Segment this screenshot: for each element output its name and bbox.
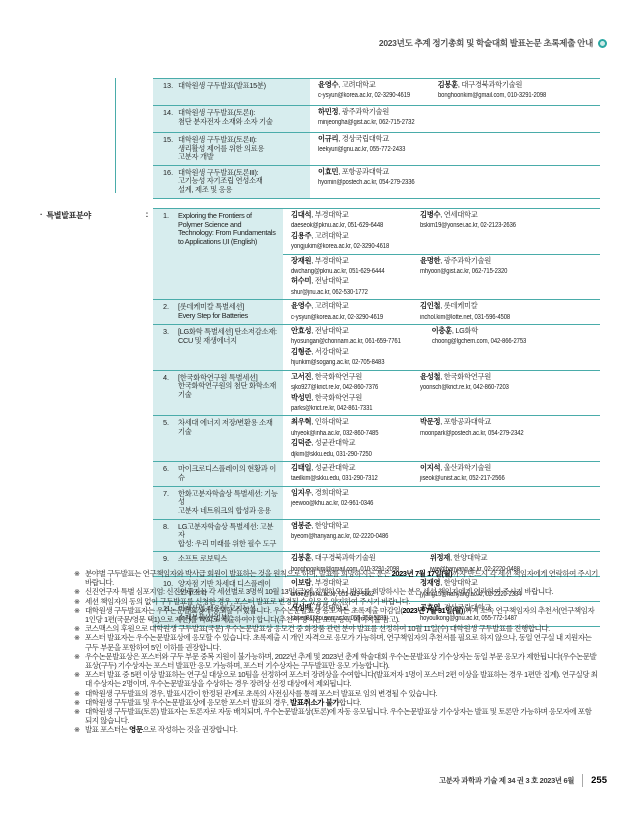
contact-name: 허수미 (291, 276, 311, 285)
contact-detail: taeilkim@skku.edu, 031-290-7312 (291, 475, 378, 483)
contact-affiliation: 한국화학연구원 (311, 393, 362, 402)
contact-name: 김인철 (420, 301, 440, 310)
contact-detail-line: byeom@hanyang.ac.kr, 02-2220-0486 (291, 530, 410, 541)
contact-detail-line: taeilkim@skku.edu, 031-290-7312 (291, 472, 410, 483)
note-marker: ※ (74, 670, 85, 679)
contact-name: 고서진 (291, 372, 311, 381)
contact-affiliation: 대구경북과학기술원 (458, 80, 522, 89)
contact-name-line: 하민정광주과학기술원 (318, 108, 433, 116)
note-text: 대학원생 구두발표자는 우수논문발표상에 응모할 수 있습니다. 우수논문발표상… (85, 606, 598, 624)
contacts-area: 김대석부경대학교 daeseok@pknu.ac.kr, 051-629-644… (283, 209, 600, 299)
note-marker: ※ (74, 707, 85, 716)
contact-name-line: 윤영수고려대학교 (291, 302, 410, 310)
contact-name: 김태일 (291, 463, 311, 472)
contact-name-line: 김봉훈대구경북과학기술원 (291, 554, 420, 562)
contact-name-line: 윤영수고려대학교 (318, 81, 428, 89)
contact-column-left: 이규리경상국립대학교 leekyuri@gnu.ac.kr, 055-772-2… (310, 135, 424, 156)
contact-affiliation: 경희대학교 (311, 488, 348, 497)
session-cell: 5. 차세대 에너지 저장/변환용 소재 기술 (153, 416, 283, 461)
contact-name-line: 이충훈LG화학 (432, 327, 598, 335)
session-number: 1. (163, 212, 178, 296)
special-presentation-table: 1. Exploring the Frontiers of Polymer Sc… (153, 208, 600, 627)
contact-affiliation: 인하대학교 (311, 417, 348, 426)
session-title: 대학원생 구두발표(발표15분) (178, 82, 306, 102)
contact-affiliation: 한국화학연구원 (311, 372, 362, 381)
note-text: 대학원생 구두발표의 경우, 발표시간이 한정된 관계로 초록의 사전심사를 통… (85, 689, 598, 698)
note-text: 포스터 발표자는 우수논문발표상에 응모할 수 있습니다. 초록제출 시 개인 … (85, 633, 598, 651)
contact-detail-line: jeewoo@khu.ac.kr, 02-961-0346 (291, 497, 410, 508)
contact-entry: 허수미전남대학교 shur@jnu.ac.kr, 062-530-1772 (291, 277, 410, 297)
contact-affiliation: 한양대학교 (311, 521, 348, 530)
session-title: 한화고분자학술상 특별세션: 기능성 고분자 네트워크의 합성과 응용 (178, 490, 279, 516)
contact-entry: 김형준서강대학교 hjunkim@sogang.ac.kr, 02-705-84… (291, 348, 422, 368)
contacts-area: 김태일성균관대학교 taeilkim@skku.edu, 031-290-731… (283, 462, 600, 486)
contact-name: 이지석 (420, 463, 440, 472)
contact-column-right: 윤명한광주과학기술원 mhyoon@gist.ac.kr, 062-715-23… (412, 257, 600, 299)
contact-detail: uhyeok@inha.ac.kr, 032-860-7485 (291, 430, 378, 438)
contact-column-right: 김인철롯데케미칼 inchol.kim@lotte.net, 031-596-4… (412, 302, 600, 323)
session-cell: 8. LG고분자학술상 특별세션: 고분자 합성: 우리 미래를 위한 필수 도… (153, 520, 283, 552)
table-row: 8. LG고분자학술상 특별세션: 고분자 합성: 우리 미래를 위한 필수 도… (153, 519, 600, 552)
contact-detail-line: mhyoon@gist.ac.kr, 062-715-2320 (420, 265, 598, 276)
note-item: ※ 대학원생 구두발표자는 우수논문발표상에 응모할 수 있습니다. 우수논문발… (74, 606, 598, 624)
note-text-pre: 코스맥스의 후원으로 대학원생 구두발표(국문) 우수논문발표상 응모건 중 화… (85, 624, 550, 633)
table-row: 13. 대학원생 구두발표(발표15분) 윤영수고려대학교 c-y (153, 79, 600, 105)
contact-group: 윤영수고려대학교 c-ysyun@korea.ac.kr, 02-3290-46… (283, 300, 600, 324)
contact-name-line: 최우혁인하대학교 (291, 418, 410, 426)
contact-affiliation: 부경대학교 (311, 256, 348, 265)
note-text-pre: 포스터 발표자는 우수논문발표상에 응모할 수 있습니다. 초록제출 시 개인 … (85, 633, 591, 651)
contact-column-right: 이지석울산과학기술원 jiseok@unist.ac.kr, 052-217-2… (412, 464, 600, 485)
contact-detail-line: daeseok@pknu.ac.kr, 051-629-6448 (291, 219, 410, 230)
session-title: [LG화학 특별세션] 탄소저감소재: CCU 및 재생에너지 (178, 328, 279, 367)
contacts-area: 최우혁인하대학교 uhyeok@inha.ac.kr, 032-860-7485… (283, 416, 600, 461)
contact-name: 윤명한 (420, 256, 440, 265)
contact-affiliation: 고려대학교 (338, 80, 375, 89)
contact-name: 김봉훈 (438, 80, 458, 89)
contact-affiliation: 롯데케미칼 (440, 301, 477, 310)
contact-affiliation: 성균관대학교 (311, 463, 355, 472)
note-text: 대학원생 구두발표 및 우수논문발표상에 응모한 포스터 발표의 경우, 발표취… (85, 698, 598, 707)
contact-detail-line: c-ysyun@korea.ac.kr, 02-3290-4619 (291, 311, 410, 322)
note-item: ※ 분야별 구두발표는 연구책임자와 박사급 회원이 발표하는 것을 원칙으로 … (74, 569, 598, 587)
table-row: 6. 마이크로디스플레이의 현황과 이슈 김태일성균관대학교 ta (153, 461, 600, 486)
header-title: 2023년도 추계 정기총회 및 학술대회 발표논문 초록제출 안내 (379, 37, 593, 49)
contact-column-left: 안효성전남대학교 hyosungan@chonnam.ac.kr, 061-65… (283, 327, 424, 369)
session-cell: 16. 대학원생 구두발표(토론III): 고기능성 자기조립 연성소재 설계,… (153, 166, 310, 198)
contact-affiliation: 대구경북과학기술원 (311, 553, 375, 562)
note-text: 포스터 발표 중 5편 이상 발표하는 연구실 대상으로 10팀을 선정하여 포… (85, 670, 598, 688)
contact-affiliation: 전남대학교 (311, 276, 348, 285)
contact-detail-line: bskim19@yonsei.ac.kr, 02-2123-2636 (420, 219, 598, 230)
contact-detail: bskim19@yonsei.ac.kr, 02-2123-2636 (420, 222, 516, 230)
contact-detail: inchol.kim@lotte.net, 031-596-4508 (420, 314, 510, 322)
special-label-text: 특별발표분야 (46, 210, 91, 221)
contact-affiliation: LG화학 (452, 326, 478, 335)
page-header: 2023년도 추계 정기총회 및 학술대회 발표논문 초록제출 안내 (379, 37, 607, 49)
contact-column-right: 김봉훈대구경북과학기술원 bonghoonkim@gmail.com, 010-… (430, 81, 600, 102)
contact-name: 이충훈 (432, 326, 452, 335)
note-marker: ※ (74, 725, 85, 734)
contact-detail: choong@lgchem.com, 042-866-2753 (432, 338, 526, 346)
contact-name-line: 김병수연세대학교 (420, 211, 598, 219)
session-cell: 14. 대학원생 구두발표(토론I): 첨단 분자전자 소재와 소자 기술 (153, 106, 310, 132)
contact-name-line: 김덕준성균관대학교 (291, 439, 410, 447)
note-text: 발표 포스터는 영문으로 작성하는 것을 권장합니다. (85, 725, 598, 734)
contact-entry: 윤영수고려대학교 c-ysyun@korea.ac.kr, 02-3290-46… (318, 81, 428, 101)
session-cell: 13. 대학원생 구두발표(발표15분) (153, 79, 310, 105)
session-number: 2. (163, 303, 178, 321)
contact-group: 김대석부경대학교 daeseok@pknu.ac.kr, 051-629-644… (283, 209, 600, 254)
session-title: [롯데케미칼 특별세션] Every Step for Batteries (178, 303, 279, 321)
contact-name-line: 윤성철한국화학연구원 (420, 373, 598, 381)
contact-name: 윤영수 (291, 301, 311, 310)
session-number: 7. (163, 490, 178, 516)
contact-affiliation: 경상국립대학교 (338, 134, 389, 143)
contact-detail-line: minjeongha@gist.ac.kr, 062-715-2732 (318, 116, 433, 127)
session-title: LG고분자학술상 특별세션: 고분자 합성: 우리 미래를 위한 필수 도구 (178, 523, 279, 549)
contact-detail: minjeongha@gist.ac.kr, 062-715-2732 (318, 119, 415, 127)
note-marker: ※ (74, 587, 85, 596)
session-title: 대학원생 구두발표(토론III): 고기능성 자기조립 연성소재 설계, 제조 … (178, 169, 306, 195)
contact-name-line: 김용주고려대학교 (291, 232, 410, 240)
contact-affiliation: 고려대학교 (311, 301, 348, 310)
contacts-area: 이효민포항공과대학교 hyomin@postech.ac.kr, 054-279… (310, 166, 600, 198)
contact-column-right (435, 168, 600, 189)
contact-name: 최우혁 (291, 417, 311, 426)
contact-detail-line: yongjukim@korea.ac.kr, 02-3290-4618 (291, 240, 410, 251)
footer-page-number: 255 (591, 775, 607, 786)
contact-group: 이규리경상국립대학교 leekyuri@gnu.ac.kr, 055-772-2… (310, 133, 600, 157)
contact-detail-line: hyosungan@chonnam.ac.kr, 061-659-7761 (291, 335, 422, 346)
page-footer: 고분자 과학과 기술 제 34 권 3 호 2023년 6월 255 (439, 774, 607, 787)
contact-affiliation: 부경대학교 (311, 210, 348, 219)
table-row: 14. 대학원생 구두발표(토론I): 첨단 분자전자 소재와 소자 기술 하민… (153, 105, 600, 132)
note-item: ※ 대학원생 구두발표 및 우수논문발표상에 응모한 포스터 발표의 경우, 발… (74, 698, 598, 707)
contact-affiliation: 서강대학교 (311, 347, 348, 356)
session-number: 4. (163, 374, 178, 413)
contact-name: 안효성 (291, 326, 311, 335)
contact-entry: 하민정광주과학기술원 minjeongha@gist.ac.kr, 062-71… (318, 108, 433, 128)
note-item: ※ 포스터 발표자는 우수논문발표상에 응모할 수 있습니다. 초록제출 시 개… (74, 633, 598, 651)
contact-detail-line: djkim@skku.edu, 031-290-7250 (291, 448, 410, 459)
contact-detail: bonghoonkim@gmail.com, 010-3291-2098 (438, 92, 546, 100)
note-item: ※ 우수논문발표상은 포스터와 구두 부문 중복 지원이 불가능하며, 2022… (74, 652, 598, 670)
contacts-area: 염봉준한양대학교 byeom@hanyang.ac.kr, 02-2220-04… (283, 520, 600, 552)
contact-detail-line: shur@jnu.ac.kr, 062-530-1772 (291, 286, 410, 297)
contact-name-line: 안효성전남대학교 (291, 327, 422, 335)
contact-name: 염봉준 (291, 521, 311, 530)
contact-name-line: 김태일성균관대학교 (291, 464, 410, 472)
session-title: 대학원생 구두발표(토론II): 생리활성 제어를 위한 의료용 고분자 개발 (178, 136, 306, 162)
contact-detail-line: choong@lgchem.com, 042-866-2753 (432, 335, 598, 346)
note-text: 우수논문발표상은 포스터와 구두 부문 중복 지원이 불가능하며, 2022년 … (85, 652, 598, 670)
session-title: Exploring the Frontiers of Polymer Scien… (178, 212, 279, 296)
contact-name-line: 박문정포항공과대학교 (420, 418, 598, 426)
note-text: 대학원생 구두발표(토론) 발표자는 토론자로 자동 배치되며, 우수논문발표상… (85, 707, 598, 725)
note-text-pre: 우수논문발표상은 포스터와 구두 부문 중복 지원이 불가능하며, 2022년 … (85, 652, 596, 670)
contact-name-line: 이지석울산과학기술원 (420, 464, 598, 472)
contact-detail: yoonsch@krict.re.kr, 042-860-7203 (420, 384, 509, 392)
session-cell: 3. [LG화학 특별세션] 탄소저감소재: CCU 및 재생에너지 (153, 325, 283, 370)
contact-column-left: 장재원부경대학교 dwchang@pknu.ac.kr, 051-629-644… (283, 257, 412, 299)
contact-detail: hjunkim@sogang.ac.kr, 02-705-8483 (291, 359, 384, 367)
contact-detail: sjko927@krict.re.kr, 042-860-7376 (291, 384, 378, 392)
contact-group: 김태일성균관대학교 taeilkim@skku.edu, 031-290-731… (283, 462, 600, 486)
contact-column-left: 임지우경희대학교 jeewoo@khu.ac.kr, 02-961-0346 (283, 489, 412, 510)
contact-entry: 장재원부경대학교 dwchang@pknu.ac.kr, 051-629-644… (291, 257, 410, 277)
session-title: 차세대 에너지 저장/변환용 소재 기술 (178, 419, 279, 458)
note-text: 세션 책임자의 동의 없이 구두발표를 신청한 경우, 포스터 발표로 변경될 … (85, 597, 598, 606)
note-text-strong: 2023년 7월 31일(월) (402, 606, 463, 615)
note-text-strong: 영문 (129, 725, 143, 734)
note-marker: ※ (74, 698, 85, 707)
contact-entry: 김인철롯데케미칼 inchol.kim@lotte.net, 031-596-4… (420, 302, 598, 322)
contact-group: 하민정광주과학기술원 minjeongha@gist.ac.kr, 062-71… (310, 106, 600, 130)
session-cell: 1. Exploring the Frontiers of Polymer Sc… (153, 209, 283, 299)
contact-name-line: 김형준서강대학교 (291, 348, 422, 356)
contact-entry: 염봉준한양대학교 byeom@hanyang.ac.kr, 02-2220-04… (291, 522, 410, 542)
session-number: 16. (163, 169, 178, 195)
contact-affiliation: 전남대학교 (311, 326, 348, 335)
contact-group: 최우혁인하대학교 uhyeok@inha.ac.kr, 032-860-7485… (283, 416, 600, 461)
table-left-border-line (115, 78, 116, 193)
contact-column-left: 김대석부경대학교 daeseok@pknu.ac.kr, 051-629-644… (283, 211, 412, 253)
note-text: 신진연구자 특별 심포지엄: 신진연구자는 각 세션별로 3명씩 10월 13일… (85, 587, 598, 596)
contact-name: 위정재 (430, 553, 450, 562)
contact-entry: 이규리경상국립대학교 leekyuri@gnu.ac.kr, 055-772-2… (318, 135, 422, 155)
contact-name-line: 김봉훈대구경북과학기술원 (438, 81, 598, 89)
contact-detail: shur@jnu.ac.kr, 062-530-1772 (291, 289, 368, 297)
session-cell: 6. 마이크로디스플레이의 현황과 이슈 (153, 462, 283, 486)
session-number: 14. (163, 109, 178, 129)
contact-name: 이규리 (318, 134, 338, 143)
contact-entry: 윤영수고려대학교 c-ysyun@korea.ac.kr, 02-3290-46… (291, 302, 410, 322)
contact-name-line: 이효민포항공과대학교 (318, 168, 433, 176)
note-marker: ※ (74, 689, 85, 698)
contact-column-right: 김병수연세대학교 bskim19@yonsei.ac.kr, 02-2123-2… (412, 211, 600, 253)
contact-entry: 윤성철한국화학연구원 yoonsch@krict.re.kr, 042-860-… (420, 373, 598, 393)
session-number: 6. (163, 465, 178, 483)
note-text-strong: 발표취소가 불가 (290, 698, 339, 707)
note-text-pre: 신진연구자 특별 심포지엄: 신진연구자는 각 세션별로 3명씩 10월 13일… (85, 587, 553, 596)
table-row: 2. [롯데케미칼 특별세션] Every Step for Batteries… (153, 299, 600, 324)
note-text-pre: 대학원생 구두발표의 경우, 발표시간이 한정된 관계로 초록의 사전심사를 통… (85, 689, 437, 698)
table-row: 5. 차세대 에너지 저장/변환용 소재 기술 최우혁인하대학교 (153, 415, 600, 461)
contact-column-right (435, 108, 600, 129)
footer-journal-text: 고분자 과학과 기술 제 34 권 3 호 2023년 6월 (439, 775, 574, 786)
contacts-area: 고서진한국화학연구원 sjko927@krict.re.kr, 042-860-… (283, 371, 600, 416)
contact-affiliation: 연세대학교 (440, 210, 477, 219)
contact-name: 김형준 (291, 347, 311, 356)
contact-entry: 고서진한국화학연구원 sjko927@krict.re.kr, 042-860-… (291, 373, 410, 393)
session-number: 8. (163, 523, 178, 549)
contact-detail-line: uhyeok@inha.ac.kr, 032-860-7485 (291, 427, 410, 438)
note-text-post: 으로 작성하는 것을 권장합니다. (143, 725, 238, 734)
contact-detail-line: yoonsch@krict.re.kr, 042-860-7203 (420, 381, 598, 392)
table-row: 16. 대학원생 구두발표(토론III): 고기능성 자기조립 연성소재 설계,… (153, 165, 600, 198)
contact-name-line: 위정재한양대학교 (430, 554, 598, 562)
contacts-area: 이규리경상국립대학교 leekyuri@gnu.ac.kr, 055-772-2… (310, 133, 600, 165)
contact-column-left: 염봉준한양대학교 byeom@hanyang.ac.kr, 02-2220-04… (283, 522, 412, 543)
contact-detail-line: bonghoonkim@gmail.com, 010-3291-2098 (438, 89, 598, 100)
session-title: [한국화학연구원 특별세션] 한국화학연구원의 첨단 화학소재 기술 (178, 374, 279, 413)
contact-detail-line: c-ysyun@korea.ac.kr, 02-3290-4619 (318, 89, 428, 100)
contact-detail: hyosungan@chonnam.ac.kr, 061-659-7761 (291, 338, 401, 346)
contact-name: 장재원 (291, 256, 311, 265)
contact-column-right (424, 135, 600, 156)
contact-detail: daeseok@pknu.ac.kr, 051-629-6448 (291, 222, 383, 230)
note-marker: ※ (74, 606, 85, 615)
contact-entry: 김덕준성균관대학교 djkim@skku.edu, 031-290-7250 (291, 439, 410, 459)
contact-detail: byeom@hanyang.ac.kr, 02-2220-0486 (291, 533, 388, 541)
contact-affiliation: 광주과학기술원 (440, 256, 491, 265)
contact-detail-line: moonpark@postech.ac.kr, 054-279-2342 (420, 427, 598, 438)
contact-detail: c-ysyun@korea.ac.kr, 02-3290-4619 (291, 314, 383, 322)
table-row: 1. Exploring the Frontiers of Polymer Sc… (153, 209, 600, 299)
contact-column-left: 하민정광주과학기술원 minjeongha@gist.ac.kr, 062-71… (310, 108, 435, 129)
contact-entry: 박문정포항공과대학교 moonpark@postech.ac.kr, 054-2… (420, 418, 598, 438)
contact-name-line: 허수미전남대학교 (291, 277, 410, 285)
contact-detail-line: parks@krict.re.kr, 042-861-7331 (291, 402, 410, 413)
contact-column-left: 윤영수고려대학교 c-ysyun@korea.ac.kr, 02-3290-46… (283, 302, 412, 323)
document-page: 2023년도 추계 정기총회 및 학술대회 발표논문 초록제출 안내 13. 대… (0, 0, 627, 830)
contact-column-right: 이충훈LG화학 choong@lgchem.com, 042-866-2753 (424, 327, 600, 369)
contact-group: 임지우경희대학교 jeewoo@khu.ac.kr, 02-961-0346 (283, 487, 600, 511)
contact-name: 김봉훈 (291, 553, 311, 562)
contact-detail-line: jiseok@unist.ac.kr, 052-217-2566 (420, 472, 598, 483)
session-title: 마이크로디스플레이의 현황과 이슈 (178, 465, 279, 483)
contacts-area: 윤영수고려대학교 c-ysyun@korea.ac.kr, 02-3290-46… (310, 79, 600, 105)
note-text-pre: 포스터 발표 중 5편 이상 발표하는 연구실 대상으로 10팀을 선정하여 포… (85, 670, 597, 688)
session-cell: 7. 한화고분자학술상 특별세션: 기능성 고분자 네트워크의 합성과 응용 (153, 487, 283, 519)
table-row: 15. 대학원생 구두발표(토론II): 생리활성 제어를 위한 의료용 고분자… (153, 132, 600, 165)
contact-column-right: 박문정포항공과대학교 moonpark@postech.ac.kr, 054-2… (412, 418, 600, 460)
contact-name: 윤성철 (420, 372, 440, 381)
contact-name: 이효민 (318, 167, 338, 176)
contact-column-right: 윤성철한국화학연구원 yoonsch@krict.re.kr, 042-860-… (412, 373, 600, 415)
note-item: ※ 대학원생 구두발표의 경우, 발표시간이 한정된 관계로 초록의 사전심사를… (74, 689, 598, 698)
contact-detail: leekyuri@gnu.ac.kr, 055-772-2433 (318, 146, 405, 154)
contact-detail-line: sjko927@krict.re.kr, 042-860-7376 (291, 381, 410, 392)
contact-name: 임지우 (291, 488, 311, 497)
table-row: 7. 한화고분자학술상 특별세션: 기능성 고분자 네트워크의 합성과 응용 임… (153, 486, 600, 519)
contact-entry: 이지석울산과학기술원 jiseok@unist.ac.kr, 052-217-2… (420, 464, 598, 484)
contact-name: 김용주 (291, 231, 311, 240)
note-marker: ※ (74, 569, 85, 578)
contact-name-line: 고서진한국화학연구원 (291, 373, 410, 381)
contact-affiliation: 고려대학교 (311, 231, 348, 240)
note-text-pre: 발표 포스터는 (85, 725, 129, 734)
contact-detail-line: leekyuri@gnu.ac.kr, 055-772-2433 (318, 143, 422, 154)
contact-entry: 임지우경희대학교 jeewoo@khu.ac.kr, 02-961-0346 (291, 489, 410, 509)
session-cell: 2. [롯데케미칼 특별세션] Every Step for Batteries (153, 300, 283, 324)
contact-detail: dwchang@pknu.ac.kr, 051-629-6444 (291, 268, 385, 276)
contact-entry: 이충훈LG화학 choong@lgchem.com, 042-866-2753 (432, 327, 598, 347)
note-marker: ※ (74, 652, 85, 661)
contact-name: 박성민 (291, 393, 311, 402)
contact-group: 윤영수고려대학교 c-ysyun@korea.ac.kr, 02-3290-46… (310, 79, 600, 103)
note-text-strong: 2023년 7월 17일(월) (392, 569, 453, 578)
contact-affiliation: 한국화학연구원 (440, 372, 491, 381)
note-item: ※ 대학원생 구두발표(토론) 발표자는 토론자로 자동 배치되며, 우수논문발… (74, 707, 598, 725)
note-marker: ※ (74, 633, 85, 642)
contact-entry: 김대석부경대학교 daeseok@pknu.ac.kr, 051-629-644… (291, 211, 410, 231)
contact-name-line: 염봉준한양대학교 (291, 522, 410, 530)
contact-detail-line: dwchang@pknu.ac.kr, 051-629-6444 (291, 265, 410, 276)
contact-detail: mhyoon@gist.ac.kr, 062-715-2320 (420, 268, 507, 276)
contact-name: 박문정 (420, 417, 440, 426)
contact-group: 이효민포항공과대학교 hyomin@postech.ac.kr, 054-279… (310, 166, 600, 190)
contact-entry: 최우혁인하대학교 uhyeok@inha.ac.kr, 032-860-7485 (291, 418, 410, 438)
contact-entry: 김병수연세대학교 bskim19@yonsei.ac.kr, 02-2123-2… (420, 211, 598, 231)
contact-column-left: 고서진한국화학연구원 sjko927@krict.re.kr, 042-860-… (283, 373, 412, 415)
note-text-pre: 대학원생 구두발표 및 우수논문발표상에 응모한 포스터 발표의 경우, (85, 698, 290, 707)
contact-name: 김대석 (291, 210, 311, 219)
graduate-oral-presentation-table: 13. 대학원생 구두발표(발표15분) 윤영수고려대학교 c-y (153, 78, 600, 199)
contact-column-left: 윤영수고려대학교 c-ysyun@korea.ac.kr, 02-3290-46… (310, 81, 430, 102)
contact-group: 염봉준한양대학교 byeom@hanyang.ac.kr, 02-2220-04… (283, 520, 600, 544)
session-number: 13. (163, 82, 178, 102)
contact-group: 안효성전남대학교 hyosungan@chonnam.ac.kr, 061-65… (283, 325, 600, 370)
contact-detail-line: hyomin@postech.ac.kr, 054-279-2336 (318, 176, 433, 187)
note-text-pre: 대학원생 구두발표(토론) 발표자는 토론자로 자동 배치되며, 우수논문발표상… (85, 707, 591, 725)
contact-detail: parks@krict.re.kr, 042-861-7331 (291, 405, 372, 413)
contact-detail: djkim@skku.edu, 031-290-7250 (291, 451, 372, 459)
contact-name-line: 장재원부경대학교 (291, 257, 410, 265)
note-item: ※ 신진연구자 특별 심포지엄: 신진연구자는 각 세션별로 3명씩 10월 1… (74, 587, 598, 596)
note-text-pre: 세션 책임자의 동의 없이 구두발표를 신청한 경우, 포스터 발표로 변경될 … (85, 597, 410, 606)
contact-entry: 박성민한국화학연구원 parks@krict.re.kr, 042-861-73… (291, 394, 410, 414)
contact-detail: yongjukim@korea.ac.kr, 02-3290-4618 (291, 243, 389, 251)
note-text: 분야별 구두발표는 연구책임자와 박사급 회원이 발표하는 것을 원칙으로 하며… (85, 569, 598, 587)
note-text-pre: 분야별 구두발표는 연구책임자와 박사급 회원이 발표하는 것을 원칙으로 하며… (85, 569, 392, 578)
contact-entry: 김용주고려대학교 yongjukim@korea.ac.kr, 02-3290-… (291, 232, 410, 252)
contact-detail-line: inchol.kim@lotte.net, 031-596-4508 (420, 311, 598, 322)
contact-name: 김병수 (420, 210, 440, 219)
contact-detail-line: hjunkim@sogang.ac.kr, 02-705-8483 (291, 356, 422, 367)
table-row: 3. [LG화학 특별세션] 탄소저감소재: CCU 및 재생에너지 안효성전남… (153, 324, 600, 370)
contacts-area: 임지우경희대학교 jeewoo@khu.ac.kr, 02-961-0346 (283, 487, 600, 519)
contact-group: 장재원부경대학교 dwchang@pknu.ac.kr, 051-629-644… (283, 254, 600, 300)
note-item: ※ 포스터 발표 중 5편 이상 발표하는 연구실 대상으로 10팀을 선정하여… (74, 670, 598, 688)
note-text-post: 합니다. (339, 698, 361, 707)
contact-detail: c-ysyun@korea.ac.kr, 02-3290-4619 (318, 92, 410, 100)
contact-column-right (412, 489, 600, 510)
session-cell: 4. [한국화학연구원 특별세션] 한국화학연구원의 첨단 화학소재 기술 (153, 371, 283, 416)
session-number: 3. (163, 328, 178, 367)
contact-affiliation: 성균관대학교 (311, 438, 355, 447)
note-text-pre: 대학원생 구두발표자는 우수논문발표상에 응모할 수 있습니다. 우수논문발표상… (85, 606, 402, 615)
contact-detail: jiseok@unist.ac.kr, 052-217-2566 (420, 475, 505, 483)
contact-name-line: 이규리경상국립대학교 (318, 135, 422, 143)
contact-name-line: 임지우경희대학교 (291, 489, 410, 497)
contact-affiliation: 한양대학교 (450, 553, 487, 562)
session-cell: 15. 대학원생 구두발표(토론II): 생리활성 제어를 위한 의료용 고분자… (153, 133, 310, 165)
contact-name-line: 김대석부경대학교 (291, 211, 410, 219)
note-item: ※ 세션 책임자의 동의 없이 구두발표를 신청한 경우, 포스터 발표로 변경… (74, 597, 598, 606)
contact-entry: 안효성전남대학교 hyosungan@chonnam.ac.kr, 061-65… (291, 327, 422, 347)
contact-name: 하민정 (318, 107, 338, 116)
contact-column-left: 김태일성균관대학교 taeilkim@skku.edu, 031-290-731… (283, 464, 412, 485)
special-presentation-section-label: · 특별발표분야 : (40, 210, 148, 221)
contact-affiliation: 포항공과대학교 (338, 167, 389, 176)
contact-affiliation: 광주과학기술원 (338, 107, 389, 116)
accent-circle-icon (598, 39, 607, 48)
contacts-area: 하민정광주과학기술원 minjeongha@gist.ac.kr, 062-71… (310, 106, 600, 132)
note-marker: ※ (74, 624, 85, 633)
session-number: 5. (163, 419, 178, 458)
